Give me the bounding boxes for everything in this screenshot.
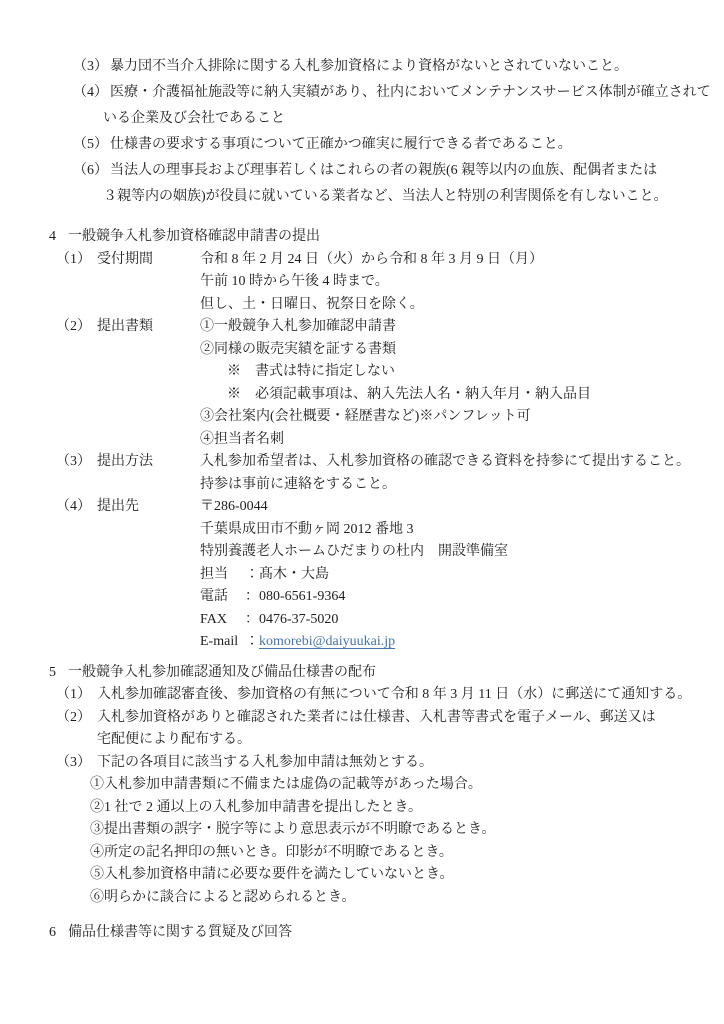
list-item: （2）入札参加資格がありと確認された業者には仕様書、入札書等書式を電子メール、郵…	[56, 707, 724, 730]
invalid-case-item: ②1 社で 2 通以上の入札参加申請書を提出したとき。	[56, 797, 724, 820]
list-item: （5）仕様書の要求する事項について正確かつ確実に履行できる者であること。	[0, 132, 724, 158]
value-line: 午前 10 時から午後 4 時まで。	[200, 271, 724, 294]
address-line: 特別養護老人ホームひだまりの杜内 開設準備室	[200, 541, 724, 564]
entry-marker: （3）	[56, 451, 97, 474]
entry-value: 令和 8 年 2 月 24 日（火）から令和 8 年 3 月 9 日（月） 午前…	[200, 249, 724, 317]
value-line: ④担当者名刺	[200, 429, 724, 452]
entry-reception-period: （1）受付期間 令和 8 年 2 月 24 日（火）から令和 8 年 3 月 9…	[56, 249, 724, 317]
invalid-case-item: ④所定の記名押印の無いとき。印影が不明瞭であるとき。	[56, 842, 724, 865]
entry-submission-method: （3）提出方法 入札参加希望者は、入札参加資格の確認できる資料を持参にて提出する…	[56, 451, 724, 496]
list-item: （4）医療・介護福祉施設等に納入実績があり、社内においてメンテナンスサービス体制…	[0, 80, 724, 106]
email-line: E-mail：komorebi@daiyuukai.jp	[200, 631, 724, 654]
item-marker: （5）	[73, 132, 110, 158]
value-line: ③会社案内(会社概要・経歴書など)※パンフレット可	[200, 406, 724, 429]
entry-label: （3）提出方法	[56, 451, 200, 496]
list-item: （3）暴力団不当介入排除に関する入札参加資格により資格がないとされていないこと。	[0, 54, 724, 80]
section-title: 備品仕様書等に関する質疑及び回答	[68, 925, 292, 940]
list-item: （6）当法人の理事長および理事若しくはこれらの者の親族(6 親等以内の血族、配偶…	[0, 158, 724, 184]
entry-label: （4）提出先	[56, 496, 200, 654]
entry-label: （2）提出書類	[56, 316, 200, 451]
item-text: 当法人の理事長および理事若しくはこれらの者の親族(6 親等以内の血族、配偶者また…	[110, 163, 657, 178]
note-line: ※ 書式は特に指定しない	[200, 361, 724, 384]
invalid-case-item: ⑥明らかに談合によると認められるとき。	[56, 887, 724, 910]
item-text: 入札参加資格がありと確認された業者には仕様書、入札書等書式を電子メール、郵送又は	[97, 710, 656, 725]
item-marker: （1）	[56, 684, 97, 707]
list-item-continuation: いる企業及び会社であること	[0, 106, 724, 132]
section-number: 6	[49, 922, 68, 945]
entry-value: ①一般競争入札参加確認申請書 ②同様の販売実績を証する書類 ※ 書式は特に指定し…	[200, 316, 724, 451]
contact-person-line: 担当：髙木・大島	[200, 564, 724, 587]
item-text: 仕様書の要求する事項について正確かつ確実に履行できる者であること。	[110, 137, 572, 152]
fax-line: FAX：0476-37-5020	[200, 609, 724, 632]
phone-line: 電話：080-6561-9364	[200, 586, 724, 609]
value-line: ②同様の販売実績を証する書類	[200, 339, 724, 362]
entry-documents: （2）提出書類 ①一般競争入札参加確認申請書 ②同様の販売実績を証する書類 ※ …	[56, 316, 724, 451]
value-line: 持参は事前に連絡をすること。	[200, 474, 724, 497]
intro-condition-list: （3）暴力団不当介入排除に関する入札参加資格により資格がないとされていないこと。…	[0, 54, 724, 210]
section-title: 一般競争入札参加資格確認申請書の提出	[68, 229, 320, 244]
item-marker: （2）	[56, 707, 97, 730]
entry-submission-address: （4）提出先 〒286-0044 千葉県成田市不動ヶ岡 2012 番地 3 特別…	[56, 496, 724, 654]
item-marker: （6）	[73, 158, 110, 184]
email-link[interactable]: komorebi@daiyuukai.jp	[259, 634, 395, 649]
section-heading-4: 4一般競争入札参加資格確認申請書の提出	[0, 226, 724, 249]
list-item-continuation: 宅配便により配布する。	[56, 729, 724, 752]
list-item: （3）下記の各項目に該当する入札参加申請は無効とする。	[56, 752, 724, 775]
entry-marker: （4）	[56, 496, 97, 519]
entry-marker: （1）	[56, 249, 97, 272]
note-line: ※ 必須記載事項は、納入先法人名・納入年月・納入品目	[200, 384, 724, 407]
invalid-case-item: ⑤入札参加資格申請に必要な要件を満たしていないとき。	[56, 864, 724, 887]
section-heading-6: 6備品仕様書等に関する質疑及び回答	[0, 922, 724, 945]
section-heading-5: 5一般競争入札参加確認通知及び備品仕様書の配布	[0, 662, 724, 685]
section-number: 4	[49, 226, 68, 249]
section-5-body: （1）入札参加確認審査後、参加資格の有無について令和 8 年 3 月 11 日（…	[0, 684, 724, 909]
item-text: 医療・介護福祉施設等に納入実績があり、社内においてメンテナンスサービス体制が確立…	[110, 85, 711, 100]
item-text: 入札参加確認審査後、参加資格の有無について令和 8 年 3 月 11 日（水）に…	[97, 687, 691, 702]
invalid-case-item: ①入札参加申請書類に不備または虚偽の記載等があった場合。	[56, 774, 724, 797]
item-marker: （3）	[73, 54, 110, 80]
section-4-body: （1）受付期間 令和 8 年 2 月 24 日（火）から令和 8 年 3 月 9…	[0, 249, 724, 654]
item-text: 暴力団不当介入排除に関する入札参加資格により資格がないとされていないこと。	[110, 59, 628, 74]
item-marker: （3）	[56, 752, 97, 775]
colon: ：	[245, 612, 259, 627]
postal-code: 〒286-0044	[200, 496, 724, 519]
value-line: 但し、土・日曜日、祝祭日を除く。	[200, 294, 724, 317]
section-number: 5	[49, 662, 68, 685]
list-item: （1）入札参加確認審査後、参加資格の有無について令和 8 年 3 月 11 日（…	[56, 684, 724, 707]
value-line: 令和 8 年 2 月 24 日（火）から令和 8 年 3 月 9 日（月）	[200, 249, 724, 272]
entry-label: （1）受付期間	[56, 249, 200, 317]
colon: ：	[245, 634, 259, 649]
entry-value: 入札参加希望者は、入札参加資格の確認できる資料を持参にて提出すること。 持参は事…	[200, 451, 724, 496]
section-title: 一般競争入札参加確認通知及び備品仕様書の配布	[68, 665, 376, 680]
item-marker: （4）	[73, 80, 110, 106]
value-line: ①一般競争入札参加確認申請書	[200, 316, 724, 339]
document-page: （3）暴力団不当介入排除に関する入札参加資格により資格がないとされていないこと。…	[0, 0, 724, 1024]
item-text: 下記の各項目に該当する入札参加申請は無効とする。	[97, 755, 433, 770]
colon: ：	[245, 589, 259, 604]
invalid-case-item: ③提出書類の誤字・脱字等により意思表示が不明瞭であるとき。	[56, 819, 724, 842]
colon: ：	[245, 567, 259, 582]
address-line: 千葉県成田市不動ヶ岡 2012 番地 3	[200, 519, 724, 542]
entry-marker: （2）	[56, 316, 97, 339]
entry-value: 〒286-0044 千葉県成田市不動ヶ岡 2012 番地 3 特別養護老人ホーム…	[200, 496, 724, 654]
value-line: 入札参加希望者は、入札参加資格の確認できる資料を持参にて提出すること。	[200, 451, 724, 474]
list-item-continuation: ３親等内の姻族)が役員に就いている業者など、当法人と特別の利害関係を有しないこと…	[0, 184, 724, 210]
